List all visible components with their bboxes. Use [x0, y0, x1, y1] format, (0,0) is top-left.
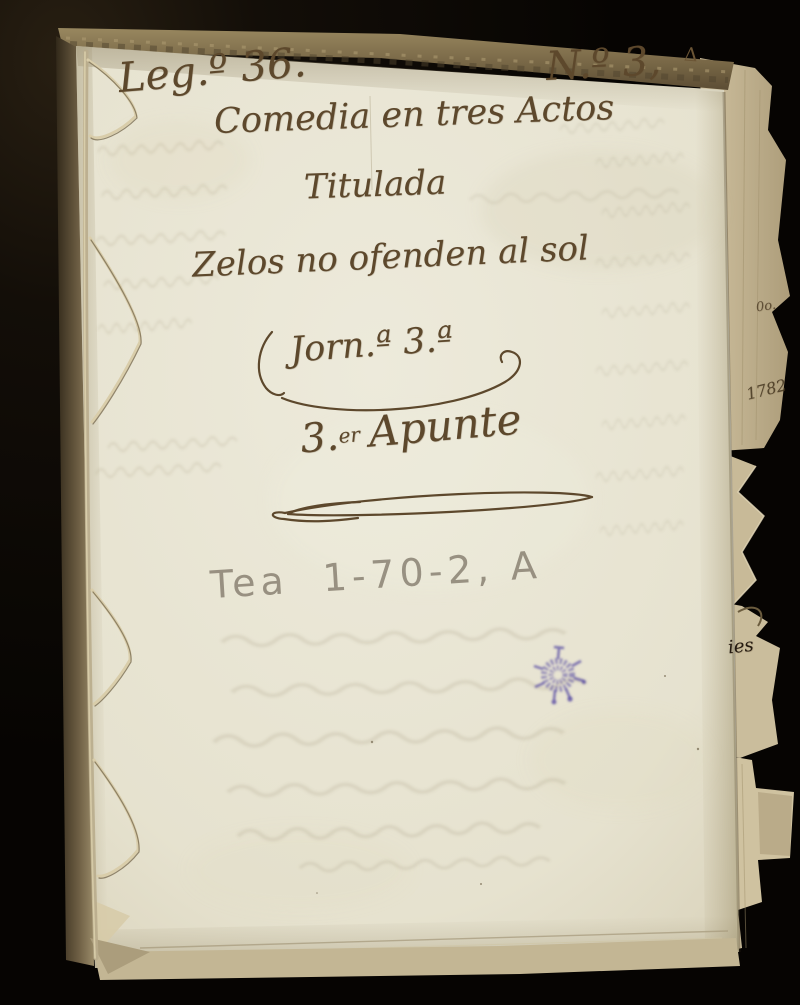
edge-fragment-small: 0o. [755, 299, 777, 315]
edge-fragment-letters: ies [727, 637, 754, 658]
numero-mark: N.º 3, [545, 41, 662, 87]
book-structure [0, 0, 800, 1005]
titulada-line: Titulada [303, 166, 446, 205]
apunte-number: 3. [299, 413, 341, 462]
apunte-superscript: er [337, 422, 360, 448]
corner-mark: Δ [683, 46, 698, 66]
manuscript-scan: Leg.º 36. N.º 3, Δ Comedia en tres Actos… [0, 0, 800, 1005]
